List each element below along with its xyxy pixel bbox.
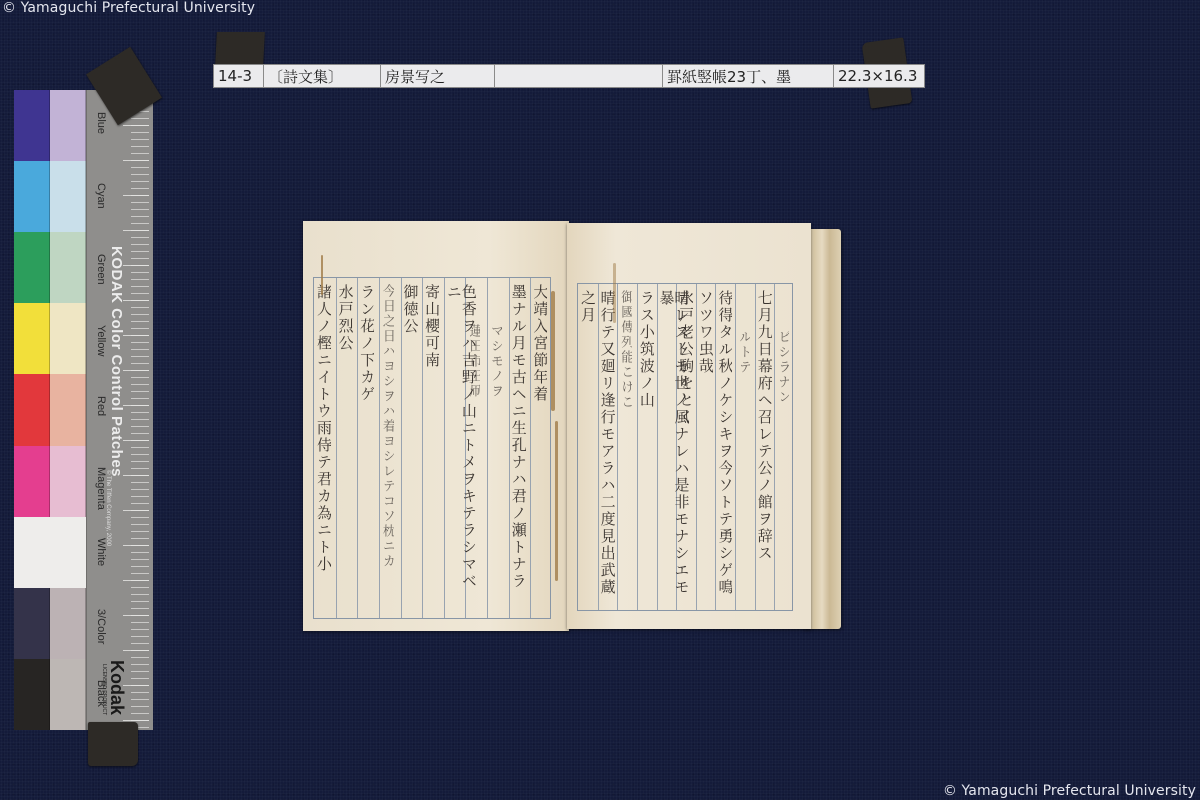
swatch-light [50,588,86,659]
swatch-light [50,517,86,588]
swatch-light [50,659,86,730]
swatch-dark [14,161,50,232]
swatch-dark [14,517,50,588]
manuscript-column: ラン花ノ下カゲ [359,284,374,403]
patch-magenta [14,446,86,517]
ruled-line [422,278,423,618]
manuscript-column: ソツワ虫哉 [698,290,713,375]
swatch-light [50,303,86,374]
swatch-dark [14,90,50,161]
manuscript-column: 大靖入宮節年着 [532,284,547,403]
stain [613,263,616,323]
ruled-line [444,278,445,618]
left-page-ruled-frame: 大靖入宮節年着墨ナル月モ古ヘニ生孔ナハ君ノ瀬トナラマシモノヲ蓮田市正凧色香ヲハ吉… [313,277,551,619]
label-cell-empty [495,65,663,87]
swatch-dark [14,232,50,303]
ruled-line [598,284,599,610]
ruled-line [379,278,380,618]
swatch-dark [14,303,50,374]
open-book: 大靖入宮節年着墨ナル月モ古ヘニ生孔ナハ君ノ瀬トナラマシモノヲ蓮田市正凧色香ヲハ吉… [303,221,841,635]
ruled-line [530,278,531,618]
ruled-line [487,278,488,618]
patch-blue [14,90,86,161]
manuscript-column: ラス小筑波ノ山 [639,290,654,409]
manuscript-column: 御國傳列能こけこ [619,290,632,410]
manuscript-column: 御徳公 [403,284,418,335]
tape-label-left [215,32,265,66]
label-cell-author: 房景写之 [381,65,495,87]
ruled-line [617,284,618,610]
manuscript-column: 寄山櫻可南 [424,284,439,369]
right-page: ビシラナン七月九日幕府ヘ召レテ公ノ館ヲ辞スルトテ待得タル秋ノケシキヲ今ソトテ勇シ… [567,223,811,629]
copyright-top: © Yamaguchi Prefectural University [2,0,255,16]
tape-chart-bottom [88,722,138,766]
ruled-line [657,284,658,610]
ruler-major-ticks [123,90,149,730]
ruled-line [336,278,337,618]
manuscript-column: 色香ヲハ吉野ノ山ニトメヲキテラシマベニ [446,284,476,604]
swatch-dark [14,659,50,730]
ruled-line [637,284,638,610]
stain [321,255,323,295]
catalog-label-bar: 14-3 〔詩文集〕 房景写之 罫紙竪帳23丁、墨 22.3×16.3 [213,64,925,88]
manuscript-column: マシモノヲ [489,324,502,399]
patch-label: 3/Color [95,609,107,644]
swatch-dark [14,446,50,517]
manuscript-column: 晴行テ又廻リ逢行モアラハ二度見出武蔵 [600,290,615,596]
stain [555,421,558,581]
patch-label: Cyan [95,183,107,209]
label-cell-title: 〔詩文集〕 [264,65,381,87]
copyright-bottom: © Yamaguchi Prefectural University [943,783,1196,799]
right-page-ruled-frame: ビシラナン七月九日幕府ヘ召レテ公ノ館ヲ辞スルトテ待得タル秋ノケシキヲ今ソトテ勇シ… [577,283,793,611]
swatch-light [50,374,86,445]
patch-label: Black [95,680,107,707]
ruled-line [696,284,697,610]
manuscript-column: 晴レストモ世ノ風ナレハ是非モナシエモ暴 [659,290,689,610]
manuscript-column: 七月九日幕府ヘ召レテ公ノ館ヲ辞ス [757,290,772,562]
patch-white [14,517,86,588]
patch-red [14,374,86,445]
patch-label: Yellow [95,325,107,356]
patch-3-color [14,588,86,659]
swatch-light [50,446,86,517]
patch-label: White [95,538,107,566]
swatch-dark [14,374,50,445]
patch-cyan [14,161,86,232]
ruled-line [755,284,756,610]
manuscript-column: 墨ナル月モ古ヘニ生孔ナハ君ノ瀬トナラ [511,284,526,590]
manuscript-column: 水戸烈公 [338,284,353,352]
swatch-light [50,90,86,161]
ruled-line [357,278,358,618]
patch-yellow [14,303,86,374]
patch-label: Red [95,396,107,416]
swatch-dark [14,588,50,659]
kodak-logo: Kodak [106,660,127,715]
swatch-light [50,161,86,232]
chart-title: KODAK Color Control Patches [108,246,125,477]
patch-label: Blue [95,112,107,134]
patch-black [14,659,86,730]
patch-label: Green [95,254,107,285]
ruled-line [401,278,402,618]
manuscript-column: 諸人ノ樫ニイトウ雨侍テ君カ為ニト小 [316,284,331,573]
manuscript-column: 今日之日ハヨシヲハ着ヨシレテコソ枕ニカ [381,284,394,569]
kodak-color-chart: KODAK Color Control Patches © The Tiffen… [14,90,152,730]
manuscript-column: ルトテ [737,330,750,375]
manuscript-column: 待得タル秋ノケシキヲ今ソトテ勇シゲ鳴 [717,290,732,596]
manuscript-column: 之月 [580,290,595,324]
ruled-line [774,284,775,610]
ruled-line [735,284,736,610]
ruled-line [509,278,510,618]
label-cell-format: 罫紙竪帳23丁、墨 [663,65,834,87]
label-cell-dimensions: 22.3×16.3 [834,65,924,87]
label-cell-id: 14-3 [214,65,264,87]
stain [551,291,555,411]
left-page: 大靖入宮節年着墨ナル月モ古ヘニ生孔ナハ君ノ瀬トナラマシモノヲ蓮田市正凧色香ヲハ吉… [303,221,569,631]
color-patches [14,90,86,730]
swatch-light [50,232,86,303]
ruled-line [715,284,716,610]
patch-green [14,232,86,303]
manuscript-column: ビシラナン [776,330,789,405]
patch-label: Magenta [95,467,107,510]
ruler-strip: KODAK Color Control Patches © The Tiffen… [86,90,153,730]
